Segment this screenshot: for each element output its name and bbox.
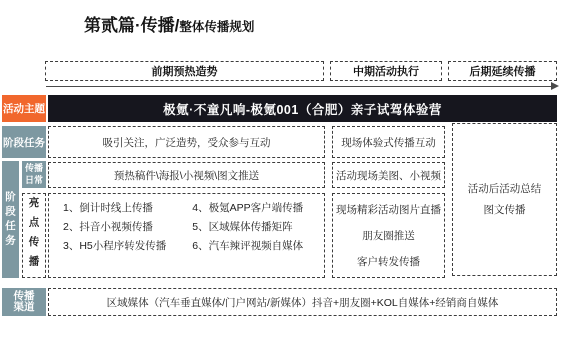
page-title: 第贰篇·传播/整体传播规划 — [84, 11, 254, 36]
row-label-channel-text: 传播渠道 — [12, 291, 36, 314]
row-label-daily-text: 传播日常 — [22, 163, 46, 186]
page-title-main: 第贰篇·传播/ — [84, 16, 179, 35]
list-item: 1、倒计时线上传播 — [63, 203, 166, 214]
stage-task-early-box: 吸引关注，广泛造势，受众参与互动 — [48, 126, 325, 158]
highlight-list-left: 1、倒计时线上传播 2、抖音小视频传播 3、H5小程序转发传播 — [63, 203, 166, 252]
list-item: 3、H5小程序转发传播 — [63, 241, 166, 252]
late-summary-line: 活动后活动总结 — [468, 184, 542, 195]
phase-box-late: 后期延续传播 — [448, 61, 557, 81]
row-label-channel: 传播渠道 — [2, 288, 46, 316]
highlight-mid-line: 现场精彩活动图片直播 — [336, 205, 441, 216]
late-summary-line: 图文传播 — [484, 205, 526, 216]
slide: 第贰篇·传播/整体传播规划 前期预热造势 中期活动执行 后期延续传播 活动主题 … — [0, 0, 570, 360]
highlight-list-box: 1、倒计时线上传播 2、抖音小视频传播 3、H5小程序转发传播 4、极氪APP客… — [48, 193, 325, 278]
page-title-sub: 整体传播规划 — [179, 20, 254, 34]
highlight-mid-line: 客户转发传播 — [357, 257, 420, 268]
phase-box-early: 前期预热造势 — [45, 61, 324, 81]
timeline-arrow-head-icon — [551, 82, 559, 90]
row-label-highlight: 亮点传播 — [22, 193, 46, 278]
channel-box: 区域媒体（汽车垂直媒体/门户网站/新媒体）抖音+朋友圈+KOL自媒体+经销商自媒… — [48, 288, 557, 316]
row-label-theme: 活动主题 — [2, 95, 46, 122]
list-item: 2、抖音小视频传播 — [63, 222, 166, 233]
row-label-stage-task: 阶段任务 — [2, 126, 46, 158]
list-item: 4、极氪APP客户端传播 — [192, 203, 303, 214]
daily-early-box: 预热稿件\海报\小视频\图文推送 — [48, 162, 325, 188]
late-summary-box: 活动后活动总结 图文传播 — [452, 123, 557, 276]
daily-mid-box: 活动现场美图、小视频 — [332, 162, 445, 188]
row-label-stage-task-vertical: 阶段任务 — [2, 161, 19, 278]
timeline-arrow-line — [46, 86, 552, 87]
row-label-daily: 传播日常 — [22, 161, 46, 188]
highlight-mid-line: 朋友圈推送 — [362, 231, 415, 242]
highlight-mid-box: 现场精彩活动图片直播 朋友圈推送 客户转发传播 — [332, 193, 445, 278]
list-item: 5、区域媒体传播矩阵 — [192, 222, 303, 233]
stage-task-mid-box: 现场体验式传播互动 — [332, 126, 445, 158]
phase-box-mid: 中期活动执行 — [330, 61, 442, 81]
theme-title-bar: 极氪·不童凡响-极氪001（合肥）亲子试驾体验营 — [48, 95, 557, 122]
highlight-list-right: 4、极氪APP客户端传播 5、区域媒体传播矩阵 6、汽车辣评视频自媒体 — [192, 203, 303, 252]
list-item: 6、汽车辣评视频自媒体 — [192, 241, 303, 252]
